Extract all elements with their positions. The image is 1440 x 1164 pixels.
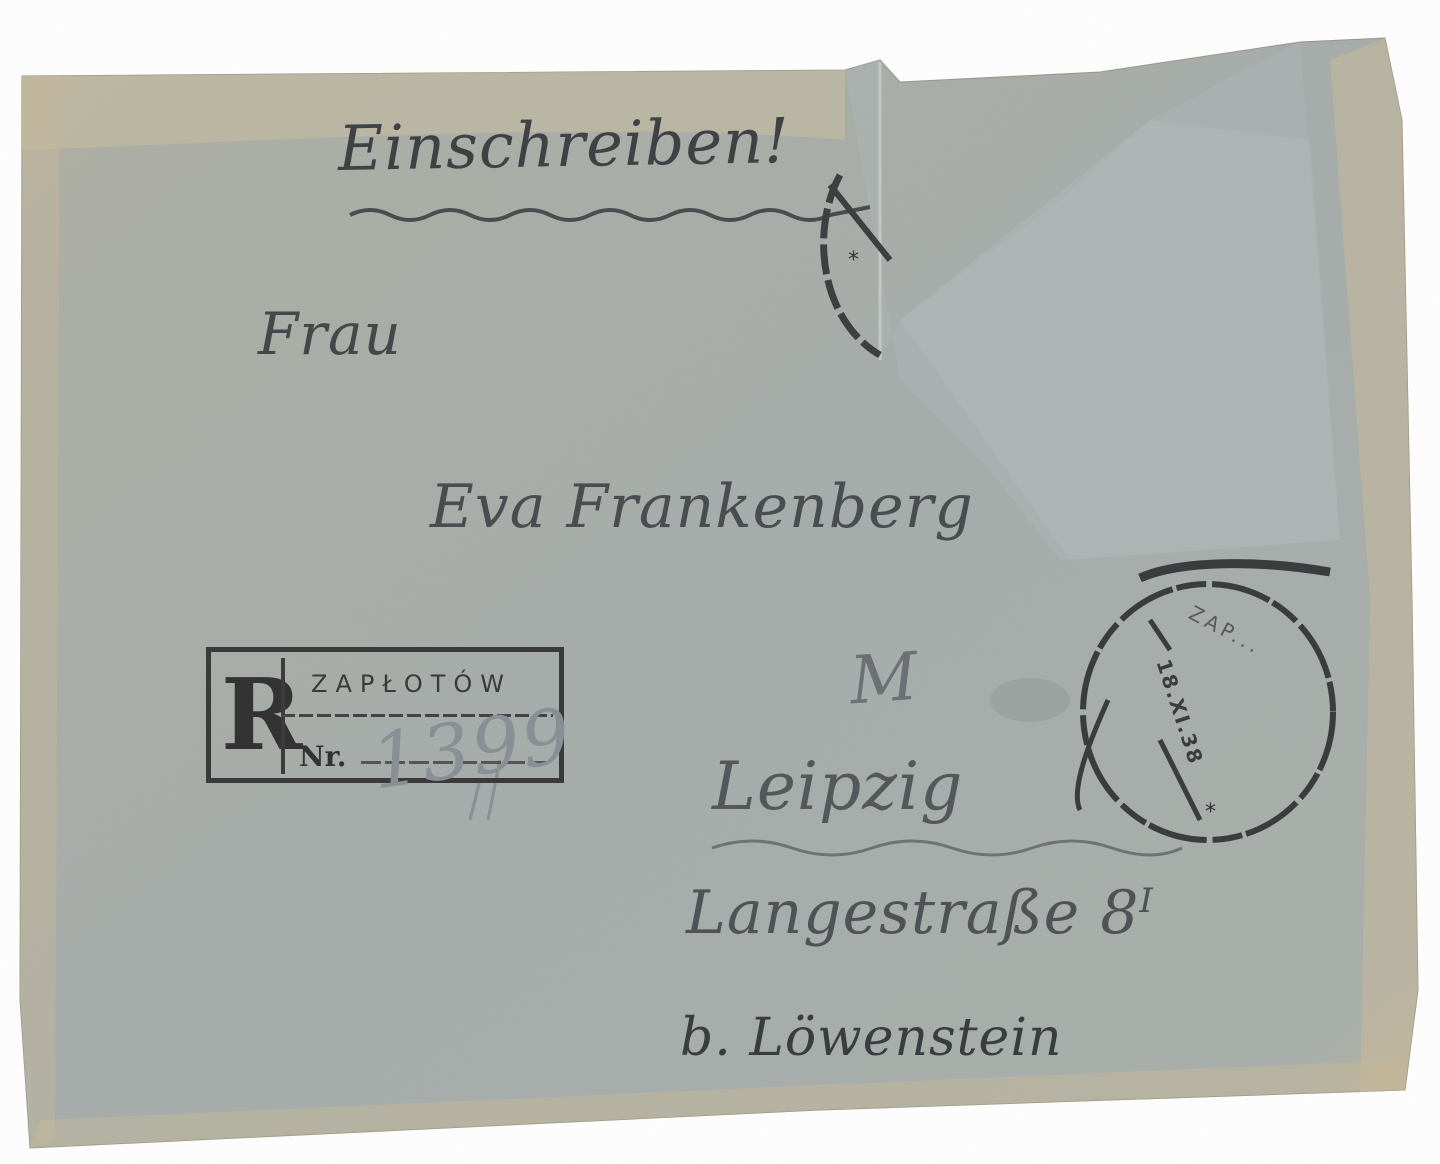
pencil-mark: M xyxy=(847,638,921,720)
post-office-name: ZAPŁOTÓW xyxy=(311,670,512,698)
registered-instruction: Einschreiben! xyxy=(337,104,790,185)
floor-number: I xyxy=(1139,881,1153,921)
envelope-photo: Einschreiben! Frau Eva Frankenberg M Lei… xyxy=(0,0,1440,1164)
registration-label: R ZAPŁOTÓW Nr. 1399 xyxy=(206,647,564,783)
street-name: Langestraße 8 xyxy=(686,878,1139,948)
care-of-line: b. Löwenstein xyxy=(680,1008,1062,1068)
upper-postmark-star-icon: * xyxy=(848,248,859,273)
street-address: Langestraße 8I xyxy=(686,878,1154,948)
destination-city: Leipzig xyxy=(712,748,963,825)
postmark-star-icon: * xyxy=(1205,800,1216,825)
salutation: Frau xyxy=(258,300,402,368)
recipient-name: Eva Frankenberg xyxy=(430,472,974,542)
number-prefix: Nr. xyxy=(299,740,347,773)
